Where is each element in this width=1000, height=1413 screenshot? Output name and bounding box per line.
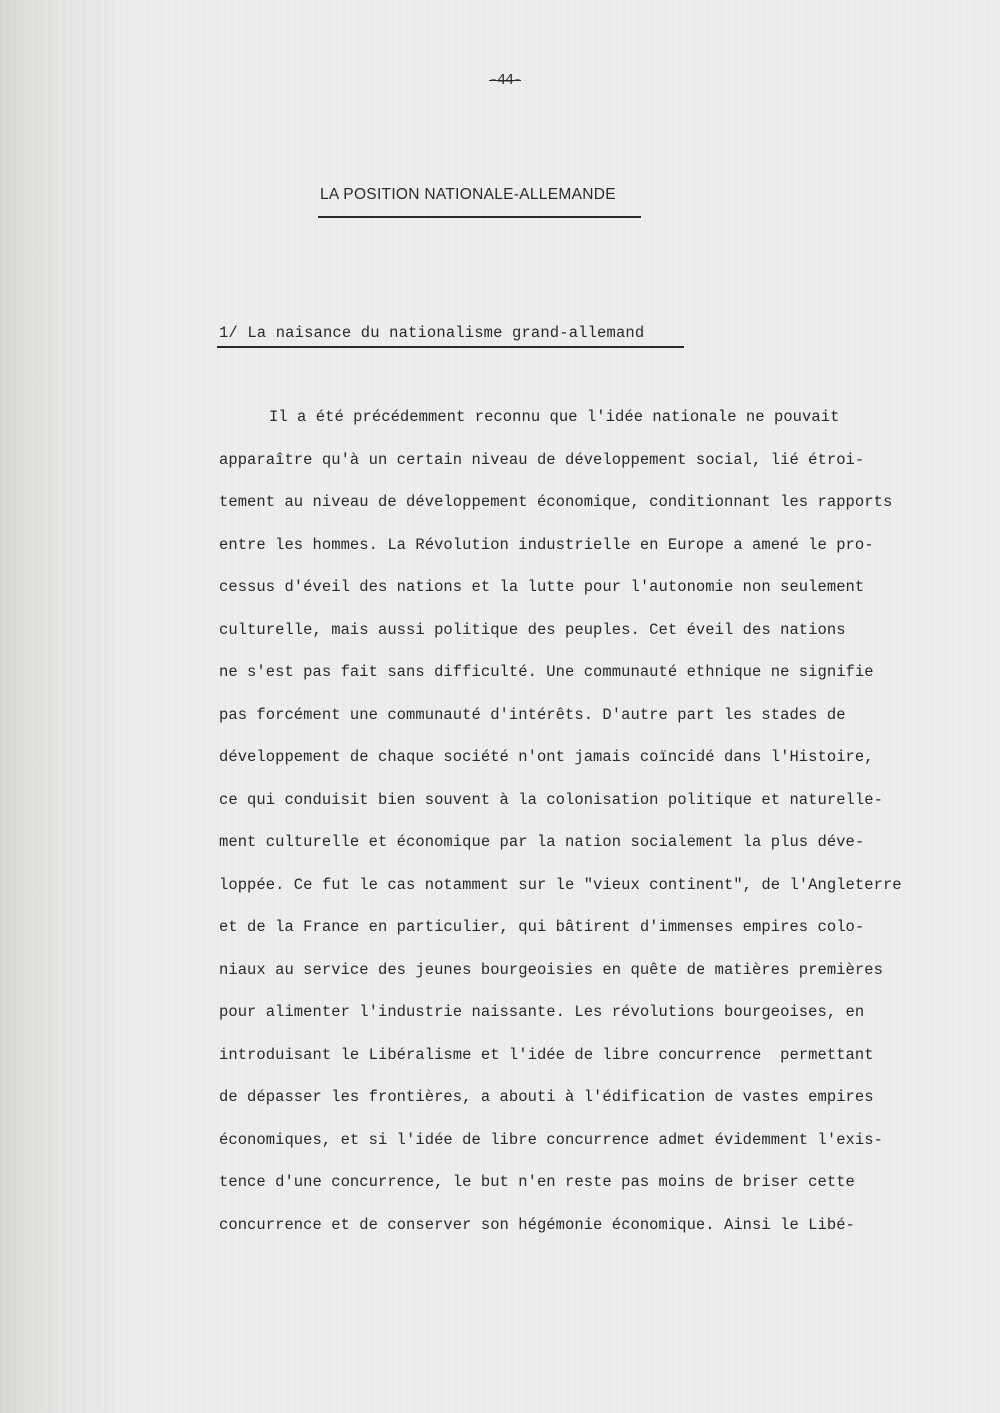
text-line: loppée. Ce fut le cas notamment sur le "… [219, 874, 989, 917]
text-line: pour alimenter l'industrie naissante. Le… [219, 1001, 989, 1044]
page-number: -44- [0, 72, 1000, 89]
text-line: de dépasser les frontières, a abouti à l… [219, 1086, 989, 1129]
text-line: introduisant le Libéralisme et l'idée de… [219, 1044, 989, 1087]
text-line: et de la France en particulier, qui bâti… [219, 916, 989, 959]
text-line: cessus d'éveil des nations et la lutte p… [219, 576, 989, 619]
title-underline [318, 216, 641, 218]
text-line: culturelle, mais aussi politique des peu… [219, 619, 989, 662]
text-line: Il a été précédemment reconnu que l'idée… [219, 406, 989, 449]
text-line: apparaître qu'à un certain niveau de dév… [219, 449, 989, 492]
text-line: concurrence et de conserver son hégémoni… [219, 1214, 989, 1257]
body-paragraph: Il a été précédemment reconnu que l'idée… [219, 406, 989, 1256]
text-line: entre les hommes. La Révolution industri… [219, 534, 989, 577]
text-line: ne s'est pas fait sans difficulté. Une c… [219, 661, 989, 704]
page-title: LA POSITION NATIONALE-ALLEMANDE [320, 186, 616, 204]
text-line: tement au niveau de développement économ… [219, 491, 989, 534]
text-line: tence d'une concurrence, le but n'en res… [219, 1171, 989, 1214]
text-line: ce qui conduisit bien souvent à la colon… [219, 789, 989, 832]
text-line: ment culturelle et économique par la nat… [219, 831, 989, 874]
section-heading: 1/ La naisance du nationalisme grand-all… [219, 324, 644, 342]
text-line: développement de chaque société n'ont ja… [219, 746, 989, 789]
text-line: pas forcément une communauté d'intérêts.… [219, 704, 989, 747]
text-line: niaux au service des jeunes bourgeoisies… [219, 959, 989, 1002]
section-heading-underline [217, 346, 684, 348]
text-line: économiques, et si l'idée de libre concu… [219, 1129, 989, 1172]
